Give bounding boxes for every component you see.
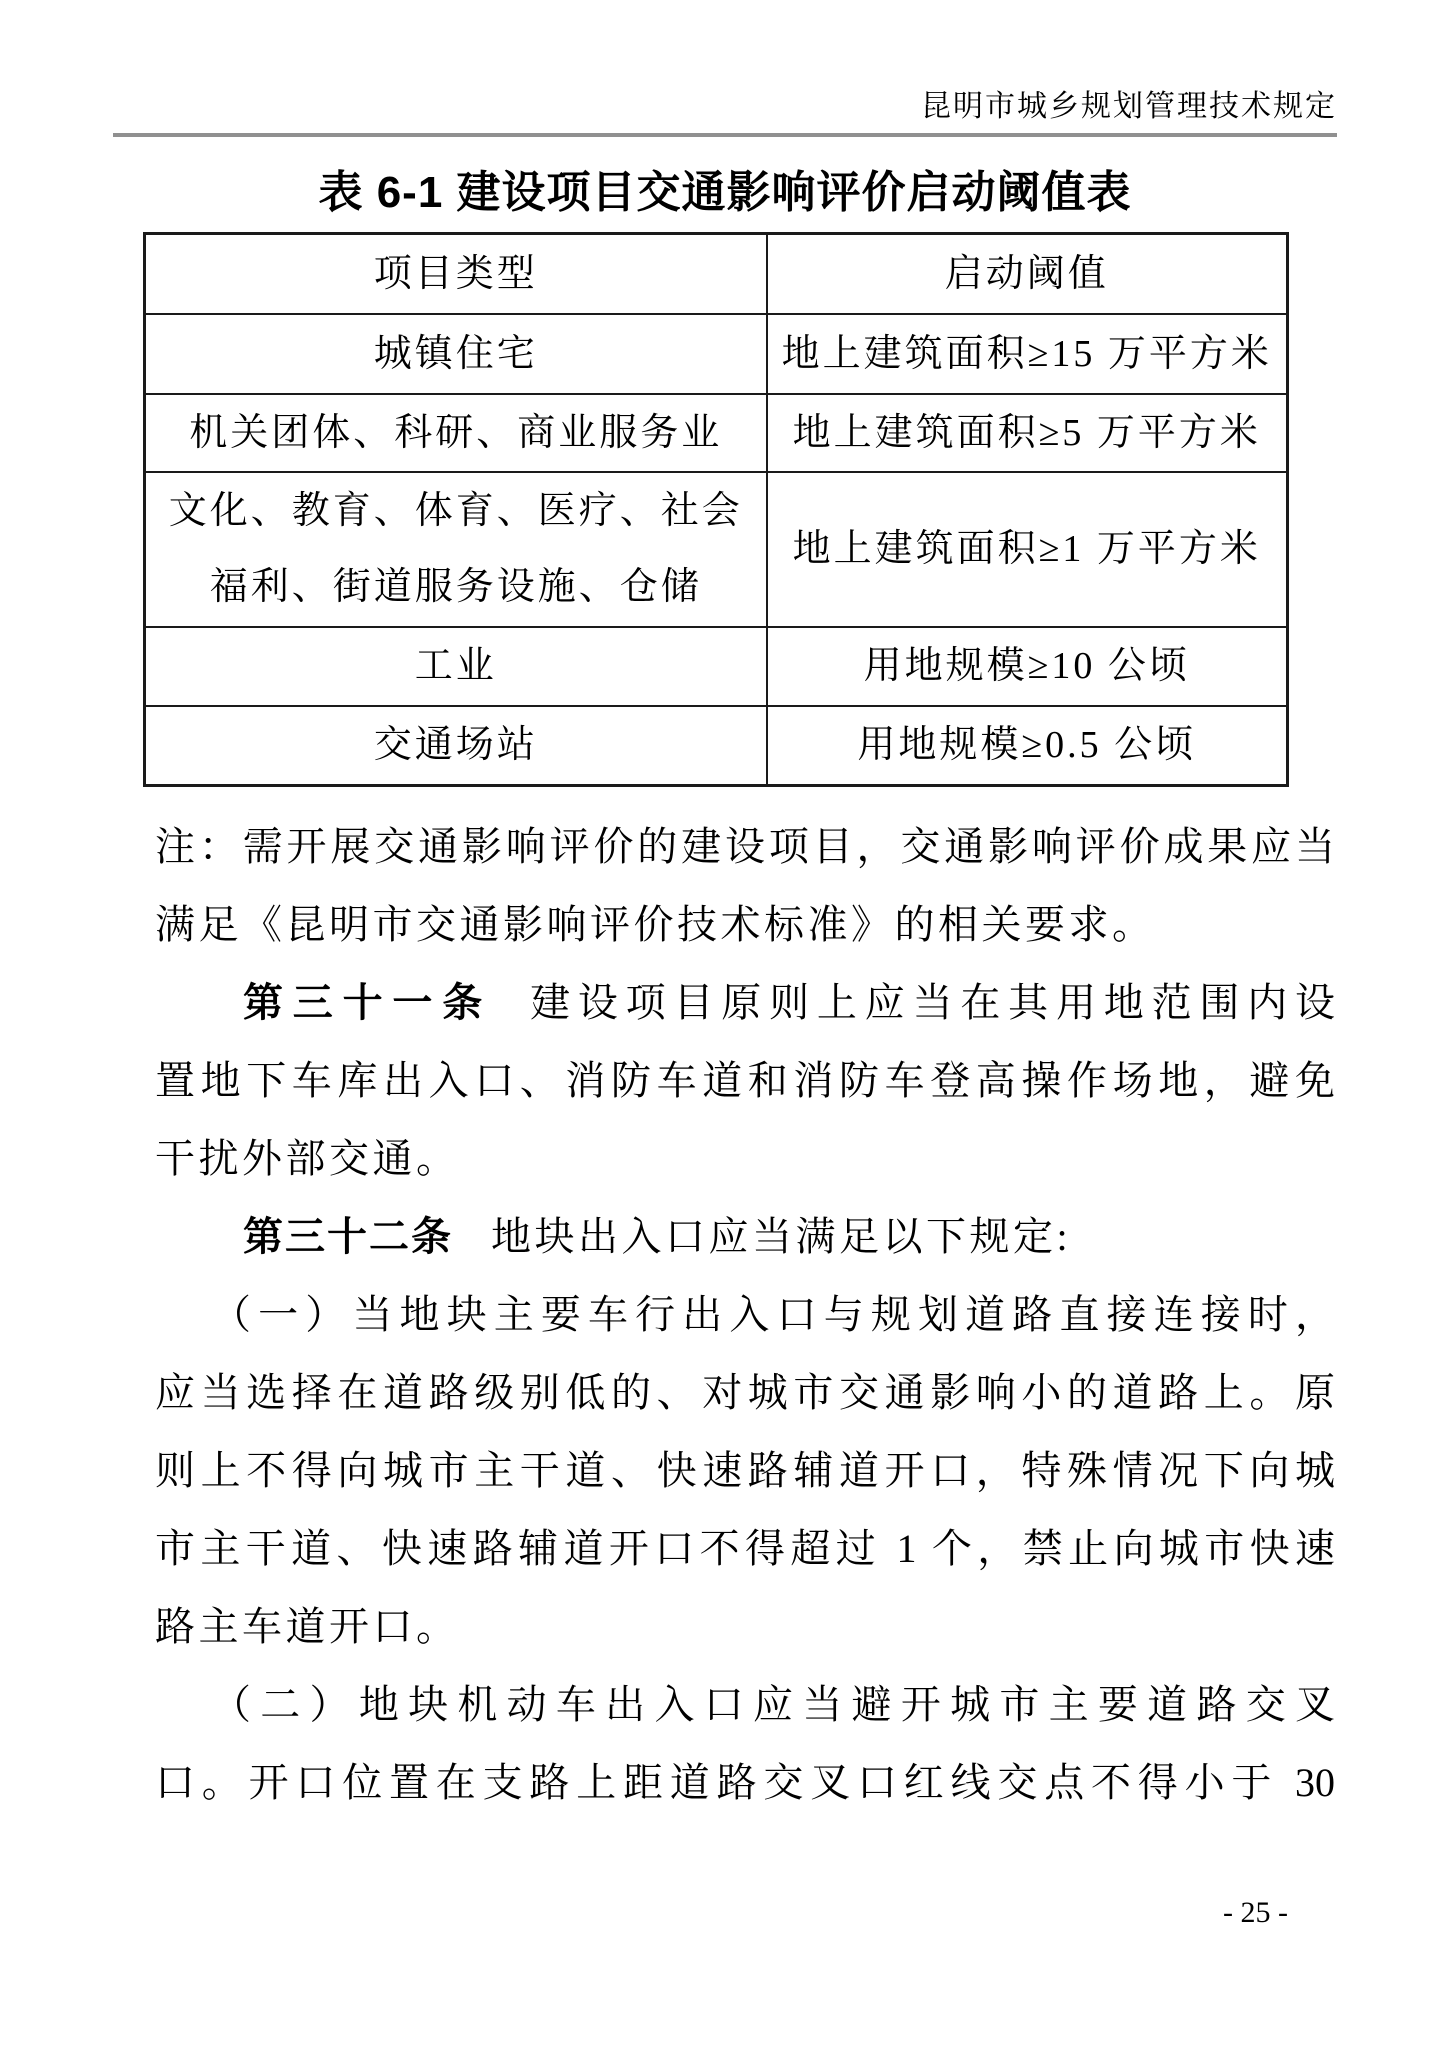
project-type-cell: 交通场站: [145, 706, 767, 786]
note-line: 注：需开展交通影响评价的建设项目，交通影响评价成果应当: [155, 808, 1335, 886]
article-31-line: 置地下车库出入口、消防车道和消防车登高操作场地，避免: [155, 1042, 1335, 1120]
article-31-number: 第三十一条: [243, 981, 492, 1025]
article-31-line: 第三十一条建设项目原则上应当在其用地范围内设: [155, 964, 1335, 1042]
project-type-cell: 工业: [145, 627, 767, 706]
project-type-cell: 文化、教育、体育、医疗、社会福利、街道服务设施、仓储: [145, 472, 767, 627]
page-number: - 25 -: [1223, 1896, 1288, 1930]
article-32-number: 第三十二条: [243, 1215, 453, 1259]
clause-1-line: （一）当地块主要车行出入口与规划道路直接连接时，: [155, 1276, 1335, 1354]
clause-1-line: 应当选择在道路级别低的、对城市交通影响小的道路上。原: [155, 1354, 1335, 1432]
clause-1-line: 路主车道开口。: [155, 1588, 1335, 1666]
body-text: 注：需开展交通影响评价的建设项目，交通影响评价成果应当 满足《昆明市交通影响评价…: [113, 808, 1335, 1822]
table-row: 交通场站 用地规模≥0.5 公顷: [145, 706, 1288, 786]
article-31-text: 建设项目原则上应当在其用地范围内设: [530, 980, 1335, 1025]
table-header-row: 项目类型 启动阈值: [145, 234, 1288, 314]
table-row: 机关团体、科研、商业服务业 地上建筑面积≥5 万平方米: [145, 394, 1288, 472]
project-type-cell: 城镇住宅: [145, 314, 767, 394]
header-divider: [113, 133, 1337, 137]
clause-2-line: （二）地块机动车出入口应当避开城市主要道路交叉: [155, 1666, 1335, 1744]
article-32-text: 地块出入口应当满足以下规定:: [491, 1214, 1071, 1259]
table-title: 表 6-1 建设项目交通影响评价启动阈值表: [113, 164, 1337, 222]
project-type-cell: 机关团体、科研、商业服务业: [145, 394, 767, 472]
article-32-line: 第三十二条地块出入口应当满足以下规定:: [155, 1198, 1335, 1276]
threshold-table: 项目类型 启动阈值 城镇住宅 地上建筑面积≥15 万平方米 机关团体、科研、商业…: [143, 232, 1289, 787]
page-header: 昆明市城乡规划管理技术规定: [113, 0, 1337, 124]
table-row: 城镇住宅 地上建筑面积≥15 万平方米: [145, 314, 1288, 394]
clause-1-line: 则上不得向城市主干道、快速路辅道开口，特殊情况下向城: [155, 1432, 1335, 1510]
threshold-cell: 用地规模≥10 公顷: [767, 627, 1288, 706]
page-header-title: 昆明市城乡规划管理技术规定: [921, 90, 1337, 123]
column-header-project-type: 项目类型: [145, 234, 767, 314]
threshold-cell: 用地规模≥0.5 公顷: [767, 706, 1288, 786]
article-31-line: 干扰外部交通。: [155, 1120, 1335, 1198]
threshold-cell: 地上建筑面积≥1 万平方米: [767, 472, 1288, 627]
threshold-cell: 地上建筑面积≥5 万平方米: [767, 394, 1288, 472]
document-page: 昆明市城乡规划管理技术规定 表 6-1 建设项目交通影响评价启动阈值表 项目类型…: [0, 0, 1449, 2047]
clause-1-line: 市主干道、快速路辅道开口不得超过 1 个，禁止向城市快速: [155, 1510, 1335, 1588]
note-line: 满足《昆明市交通影响评价技术标准》的相关要求。: [155, 886, 1335, 964]
table-row: 文化、教育、体育、医疗、社会福利、街道服务设施、仓储 地上建筑面积≥1 万平方米: [145, 472, 1288, 627]
table-row: 工业 用地规模≥10 公顷: [145, 627, 1288, 706]
column-header-threshold: 启动阈值: [767, 234, 1288, 314]
threshold-cell: 地上建筑面积≥15 万平方米: [767, 314, 1288, 394]
clause-2-line: 口。开口位置在支路上距道路交叉口红线交点不得小于 30: [155, 1744, 1335, 1822]
